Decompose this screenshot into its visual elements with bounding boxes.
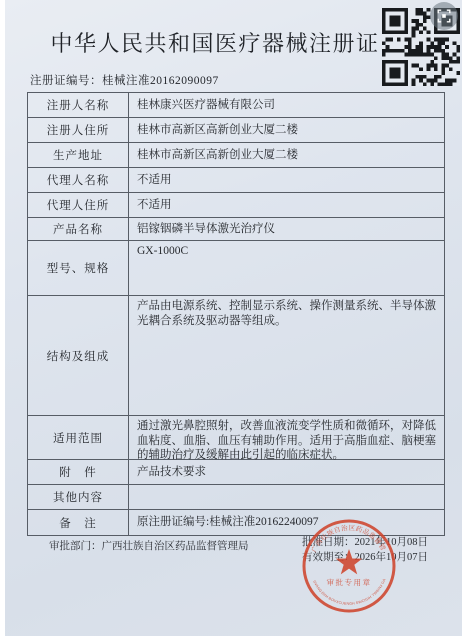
row-label: 产品名称 [28,218,129,240]
table-row: 型号、规格GX-1000C [28,241,444,296]
row-label: 代理人住所 [28,193,129,217]
table-row: 产品名称铝镓铟磷半导体激光治疗仪 [28,218,444,241]
row-label: 型号、规格 [28,241,129,295]
row-value: 铝镓铟磷半导体激光治疗仪 [129,218,444,240]
row-value: GX-1000C [129,241,444,295]
row-value: 产品由电源系统、控制显示系统、操作测量系统、半导体激光耦合系统及驱动器等组成。 [129,296,444,415]
table-row: 结构及组成产品由电源系统、控制显示系统、操作测量系统、半导体激光耦合系统及驱动器… [28,296,444,416]
certificate-paper: 中华人民共和国医疗器械注册证 注册证编号：桂械注准20162090097 注册人… [5,0,462,636]
row-value: 通过激光鼻腔照射，改善血液流变学性质和微循环，对降低血粘度、血脂、血压有辅助作用… [129,416,444,459]
table-row: 注册人住所桂林市高新区高新创业大厦二楼 [28,118,444,143]
row-value [129,485,444,509]
approval-department: 审批部门：广西壮族自治区药品监督管理局 [49,538,249,553]
row-label: 适用范围 [28,416,129,459]
row-value: 桂林市高新区高新创业大厦二楼 [129,143,444,167]
row-label: 附 件 [28,460,129,484]
row-value: 不适用 [129,168,444,192]
row-label: 备 注 [28,510,129,535]
row-label: 生产地址 [28,143,129,167]
registration-number-value: 桂械注准20162090097 [102,75,219,87]
official-seal: 广西壮族自治区药品监督管理局 GVANGJSIH BOUXCUENGH SWCI… [299,516,399,616]
row-value: 桂林市高新区高新创业大厦二楼 [129,118,444,142]
cert-table: 注册人名称桂林康兴医疗器械有限公司注册人住所桂林市高新区高新创业大厦二楼生产地址… [27,92,445,536]
table-row: 代理人名称不适用 [28,168,444,193]
row-value: 不适用 [129,193,444,217]
row-value: 产品技术要求 [129,460,444,484]
seal-star [336,549,363,574]
screenshot-icon[interactable] [430,2,458,30]
row-label: 注册人名称 [28,93,129,117]
seal-center-text: 审批专用章 [327,577,372,587]
row-value: 桂林康兴医疗器械有限公司 [129,93,444,117]
certificate-title: 中华人民共和国医疗器械注册证 [35,27,395,58]
table-row: 附 件产品技术要求 [28,460,444,485]
table-row: 注册人名称桂林康兴医疗器械有限公司 [28,93,444,118]
row-label: 结构及组成 [28,296,129,415]
registration-number-label: 注册证编号： [30,75,102,87]
table-row: 其他内容 [28,485,444,510]
row-label: 代理人名称 [28,168,129,192]
registration-number-line: 注册证编号：桂械注准20162090097 [30,72,219,88]
table-row: 适用范围通过激光鼻腔照射，改善血液流变学性质和微循环，对降低血粘度、血脂、血压有… [28,416,444,460]
row-label: 其他内容 [28,485,129,509]
table-row: 代理人住所不适用 [28,193,444,218]
row-label: 注册人住所 [28,118,129,142]
table-row: 生产地址桂林市高新区高新创业大厦二楼 [28,143,444,168]
